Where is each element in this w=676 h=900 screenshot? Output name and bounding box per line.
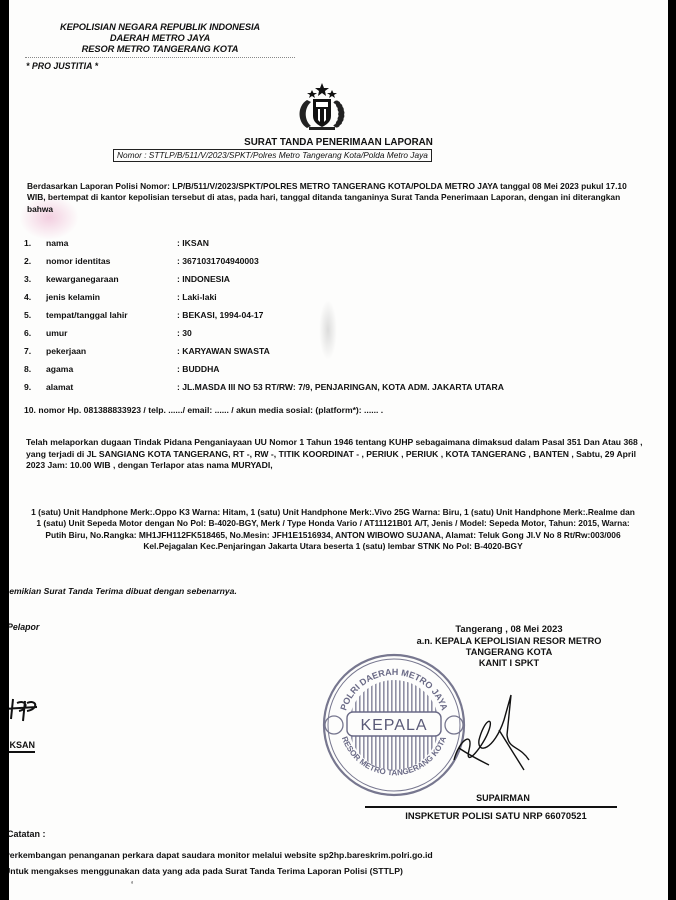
reporter-label: Pelapor — [9, 622, 39, 632]
field-label: pekerjaan — [46, 342, 86, 360]
field-number: 1. — [24, 234, 48, 252]
field-number: 5. — [24, 306, 48, 324]
intro-paragraph: Berdasarkan Laporan Polisi Nomor: LP/B/5… — [27, 181, 642, 215]
letterhead-divider — [25, 57, 295, 58]
notes-heading: Catatan : — [9, 829, 46, 839]
on-behalf-line-3: KANIT I SPKT — [379, 658, 639, 669]
official-rank: INSPKETUR POLISI SATU NRP 66070521 — [371, 810, 621, 821]
field-label: kewarganegaraan — [46, 270, 119, 288]
document-page: KEPOLISIAN NEGARA REPUBLIK INDONESIA DAE… — [9, 0, 668, 900]
field-value: : 30 — [177, 324, 192, 342]
official-signature — [449, 690, 539, 780]
pen-mark: ‘ — [131, 880, 133, 891]
pro-justitia: * PRO JUSTITIA * — [26, 61, 98, 71]
items-paragraph: 1 (satu) Unit Handphone Merk:.Oppo K3 Wa… — [29, 507, 637, 553]
letterhead-line-1: KEPOLISIAN NEGARA REPUBLIK INDONESIA — [25, 22, 295, 33]
place-date: Tangerang , 08 Mei 2023 — [379, 622, 639, 636]
reporter-name: IKSAN — [9, 740, 35, 753]
official-name: SUPAIRMAN — [393, 793, 613, 803]
letterhead: KEPOLISIAN NEGARA REPUBLIK INDONESIA DAE… — [25, 22, 295, 55]
report-paragraph: Telah melaporkan dugaan Tindak Pidana Pe… — [26, 437, 646, 472]
svg-text:KEPALA: KEPALA — [360, 717, 427, 734]
field-label: nama — [46, 234, 68, 252]
field-value: : BUDDHA — [177, 360, 220, 378]
on-behalf-line-1: a.n. KEPALA KEPOLISIAN RESOR METRO — [379, 636, 639, 647]
field-label: alamat — [46, 378, 73, 396]
contact-line: 10. nomor Hp. 081388833923 / telp. .....… — [24, 405, 383, 415]
field-number: 3. — [24, 270, 48, 288]
field-label: nomor identitas — [46, 252, 110, 270]
document-title: SURAT TANDA PENERIMAAN LAPORAN — [9, 137, 668, 148]
field-number: 7. — [24, 342, 48, 360]
reporter-signature — [9, 697, 47, 727]
field-label: tempat/tanggal lahir — [46, 306, 128, 324]
field-number: 6. — [24, 324, 48, 342]
letterhead-line-2: DAERAH METRO JAYA — [25, 33, 295, 44]
field-value: : BEKASI, 1994-04-17 — [177, 306, 263, 324]
field-number: 9. — [24, 378, 48, 396]
field-value: : IKSAN — [177, 234, 209, 252]
field-number: 2. — [24, 252, 48, 270]
notes-line-2: Untuk mengakses menggunakan data yang ad… — [9, 866, 403, 876]
field-label: agama — [46, 360, 73, 378]
notes-line-1: Perkembangan penanganan perkara dapat sa… — [9, 850, 433, 860]
field-value: : 3671031704940003 — [177, 252, 259, 270]
field-value: : JL.MASDA III NO 53 RT/RW: 7/9, PENJARI… — [177, 378, 504, 396]
on-behalf-line-2: TANGERANG KOTA — [379, 647, 639, 658]
signature-rule — [365, 806, 617, 808]
police-emblem-icon — [295, 82, 349, 132]
field-value: : KARYAWAN SWASTA — [177, 342, 270, 360]
field-value: : Laki-laki — [177, 288, 217, 306]
field-label: umur — [46, 324, 67, 342]
closing-statement: Demikian Surat Tanda Terima dibuat denga… — [9, 586, 237, 596]
signatory-block: Tangerang , 08 Mei 2023 a.n. KEPALA KEPO… — [379, 622, 639, 669]
field-label: jenis kelamin — [46, 288, 100, 306]
field-number: 4. — [24, 288, 48, 306]
document-number: Nomor : STTLP/B/511/V/2023/SPKT/Polres M… — [113, 149, 432, 162]
field-value: : INDONESIA — [177, 270, 230, 288]
field-number: 8. — [24, 360, 48, 378]
official-stamp-icon: KEPALA POLRI DAERAH METRO JAYA RESOR MET… — [319, 650, 469, 800]
stain-mark — [319, 300, 337, 360]
letterhead-line-3: RESOR METRO TANGERANG KOTA — [25, 44, 295, 55]
